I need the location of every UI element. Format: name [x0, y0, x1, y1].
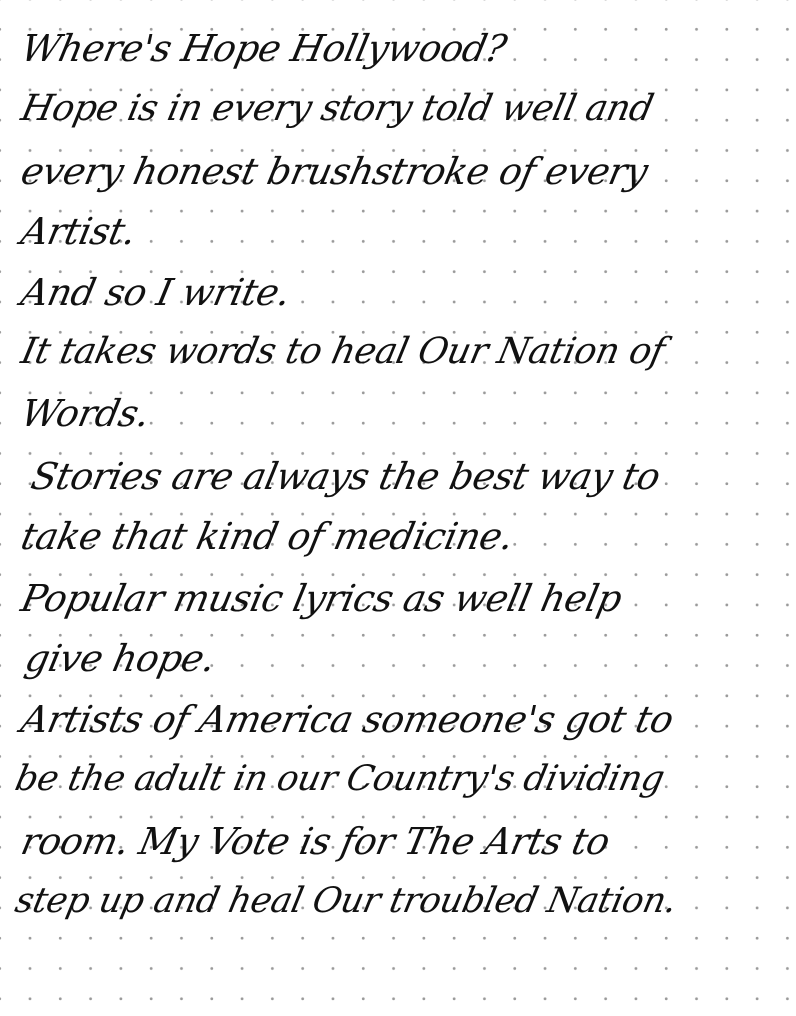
- handwritten-line: take that kind of medicine.: [18, 518, 517, 555]
- handwritten-line: And so I write.: [18, 274, 293, 311]
- dot-grid-paper: Where's Hope Hollywood? Hope is in every…: [0, 0, 796, 1016]
- handwritten-line: step up and heal Our troubled Nation.: [12, 884, 680, 919]
- handwritten-line: give hope.: [22, 640, 218, 677]
- handwritten-line: room. My Vote is for The Arts to: [18, 823, 613, 860]
- handwritten-line: It takes words to heal Our Nation of: [18, 334, 668, 370]
- handwritten-line: be the adult in our Country's dividing: [12, 762, 667, 797]
- handwritten-line: Popular music lyrics as well help: [18, 580, 625, 617]
- handwritten-line: Hope is in every story told well and: [18, 91, 656, 127]
- handwritten-line: Words.: [18, 395, 153, 432]
- handwritten-line: Artist.: [18, 213, 139, 250]
- handwritten-line: Stories are always the best way to: [28, 458, 663, 495]
- handwritten-line: every honest brushstroke of every: [18, 153, 651, 190]
- handwritten-line-title: Where's Hope Hollywood?: [18, 30, 509, 67]
- handwritten-line: Artists of America someone's got to: [18, 701, 676, 738]
